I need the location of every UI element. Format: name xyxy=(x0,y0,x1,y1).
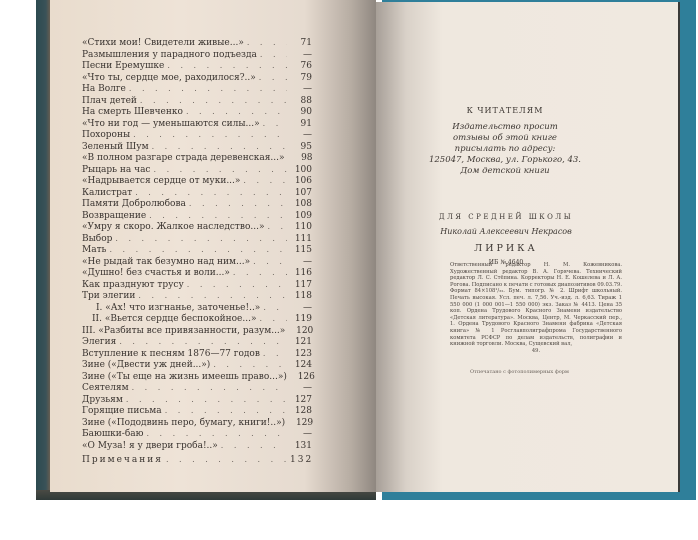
toc-entry-title: Элегия xyxy=(82,337,116,349)
leader-dots xyxy=(187,279,287,291)
toc-entry-page: — xyxy=(290,429,312,441)
leader-dots xyxy=(263,302,287,314)
toc-entry: Зине («Пододвинь перо, бумагу, книги!..»… xyxy=(82,417,312,429)
toc-entry: «Стихи мои! Свидетели живые...»71 xyxy=(82,37,312,49)
leader-dots xyxy=(140,95,287,107)
leader-dots xyxy=(135,187,287,199)
readers-line: Дом детской книги xyxy=(400,166,610,177)
toc-entry-title: Мать xyxy=(82,245,106,257)
leader-dots xyxy=(260,49,287,61)
toc-entry-page: 118 xyxy=(290,291,312,303)
toc-entry: Рыцарь на час100 xyxy=(82,164,312,176)
toc-entry-page: 107 xyxy=(290,188,312,200)
leader-dots xyxy=(186,106,287,118)
toc-entry: Размышления у парадного подъезда— xyxy=(82,49,312,61)
toc-entry-title: Песни Еремушке xyxy=(82,61,164,73)
toc-entry-page: — xyxy=(290,303,312,315)
toc-entry-page: 131 xyxy=(290,441,312,453)
toc-entry: «Надрывается сердце от муки...»106 xyxy=(82,175,312,187)
toc-entry-page: 132 xyxy=(290,455,312,467)
leader-dots xyxy=(259,72,287,84)
toc-entry-page: — xyxy=(290,383,312,395)
leader-dots xyxy=(126,394,287,406)
leader-dots xyxy=(152,141,287,153)
imprint-block: ДЛЯ СРЕДНЕЙ ШКОЛЫ Николай Алексеевич Нек… xyxy=(406,213,606,266)
toc-entry: Зине («Двести уж дней...»)124 xyxy=(82,359,312,371)
toc-entry: Калистрат107 xyxy=(82,187,312,199)
toc-entry-page: 115 xyxy=(290,245,312,257)
toc-entry-title: Рыцарь на час xyxy=(82,165,150,177)
toc-entry: «В полном разгаре страда деревенская...»… xyxy=(82,152,312,164)
leader-dots xyxy=(233,267,287,279)
readers-line: присылать по адресу: xyxy=(400,144,610,155)
toc-entry-title: Зеленый Шум xyxy=(82,142,149,154)
toc-entry-page: 116 xyxy=(290,268,312,280)
leader-dots xyxy=(166,454,287,466)
leader-dots xyxy=(153,164,287,176)
toc-entry-page: 79 xyxy=(290,73,312,85)
leader-dots xyxy=(109,244,287,256)
series-label: ДЛЯ СРЕДНЕЙ ШКОЛЫ xyxy=(406,213,606,221)
toc-entry-page: — xyxy=(290,130,312,142)
toc-entry: Друзьям127 xyxy=(82,394,312,406)
toc-entry-page: 111 xyxy=(290,234,312,246)
leader-dots xyxy=(149,210,287,222)
leader-dots xyxy=(267,221,287,233)
toc-entry-page: 98 xyxy=(291,153,313,165)
author-name: Николай Алексеевич Некрасов xyxy=(406,227,606,236)
toc-entry-title: I. «Ах! что изгнанье, заточенье!..» xyxy=(82,303,260,315)
toc-entry-title: «Стихи мои! Свидетели живые...» xyxy=(82,38,244,50)
toc-entry-page: — xyxy=(290,84,312,96)
avito-logo-icon xyxy=(594,502,620,526)
toc-entry-title: «Не рыдай так безумно над ним...» xyxy=(82,257,250,269)
printing-note: Отпечатано с фотополимерных форм xyxy=(470,369,569,375)
toc-entry: «О Муза! я у двери гроба!..»131 xyxy=(82,440,312,452)
toc-entry: III. «Разбиты все привязанности, разум..… xyxy=(82,325,312,337)
readers-line: отзывы об этой книге xyxy=(400,133,610,144)
toc-entry-page: 90 xyxy=(290,107,312,119)
leader-dots xyxy=(243,175,287,187)
toc-entry-title: Примечания xyxy=(82,455,163,467)
toc-entry-page: 110 xyxy=(290,222,312,234)
toc-entry: Баюшки-баю— xyxy=(82,428,312,440)
toc-entry-page: 128 xyxy=(290,406,312,418)
toc-entry: Примечания132 xyxy=(82,454,312,466)
credits-end: 49. xyxy=(450,348,622,355)
leader-dots xyxy=(253,256,287,268)
credits-text: Ответственный редактор Н. М. Кожевникова… xyxy=(450,262,622,348)
toc-entry: Похороны— xyxy=(82,129,312,141)
leader-dots xyxy=(247,37,287,49)
leader-dots xyxy=(129,83,287,95)
leader-dots xyxy=(263,348,287,360)
leader-dots xyxy=(221,440,287,452)
toc-entry-title: «О Муза! я у двери гроба!..» xyxy=(82,441,218,453)
toc-entry-page: 71 xyxy=(290,38,312,50)
toc-entry-title: Три элегии xyxy=(82,291,135,303)
toc-entry: «Душно! без счастья и воли...»116 xyxy=(82,267,312,279)
toc-entry: На смерть Шевченко90 xyxy=(82,106,312,118)
toc-entry-page: 88 xyxy=(290,96,312,108)
table-of-contents: «Стихи мои! Свидетели живые...»71Размышл… xyxy=(82,37,312,466)
toc-entry: Как празднуют трусу117 xyxy=(82,279,312,291)
toc-entry: Зеленый Шум95 xyxy=(82,141,312,153)
toc-entry: Мать115 xyxy=(82,244,312,256)
toc-entry: Зине («Ты еще на жизнь имеешь право...»)… xyxy=(82,371,312,383)
leader-dots xyxy=(119,336,287,348)
leader-dots xyxy=(146,428,287,440)
toc-entry-title: На смерть Шевченко xyxy=(82,107,183,119)
toc-entry-title: На Волге xyxy=(82,84,126,96)
readers-line: Издательство просит xyxy=(400,122,610,133)
toc-entry: Горящие письма128 xyxy=(82,405,312,417)
publishing-credits: Ответственный редактор Н. М. Кожевникова… xyxy=(450,262,622,354)
leader-dots xyxy=(132,382,287,394)
toc-entry-page: — xyxy=(290,257,312,269)
toc-entry-title: Горящие письма xyxy=(82,406,162,418)
leader-dots xyxy=(133,129,287,141)
toc-entry: Три элегии118 xyxy=(82,290,312,302)
toc-entry: На Волге— xyxy=(82,83,312,95)
leader-dots xyxy=(165,405,287,417)
leader-dots xyxy=(263,118,287,130)
toc-entry-page: 124 xyxy=(290,360,312,372)
toc-entry-page: 119 xyxy=(290,314,312,326)
toc-entry: «Умру я скоро. Жалкое наследство...»110 xyxy=(82,221,312,233)
toc-entry: Выбор111 xyxy=(82,233,312,245)
toc-entry-title: Похороны xyxy=(82,130,130,142)
toc-entry-page: 126 xyxy=(293,372,315,384)
leader-dots xyxy=(189,198,287,210)
leader-dots xyxy=(115,233,287,245)
toc-entry: Сеятелям— xyxy=(82,382,312,394)
toc-entry-title: Зине («Двести уж дней...») xyxy=(82,360,210,372)
toc-entry-page: 106 xyxy=(290,176,312,188)
toc-entry-title: Сеятелям xyxy=(82,383,129,395)
avito-watermark: Avito xyxy=(594,500,694,528)
toc-entry-title: Калистрат xyxy=(82,188,132,200)
toc-entry-page: 108 xyxy=(290,199,312,211)
toc-entry-title: Плач детей xyxy=(82,96,137,108)
to-readers-notice: К ЧИТАТЕЛЯМ Издательство просит отзывы о… xyxy=(400,105,610,177)
toc-entry-page: 120 xyxy=(291,326,313,338)
toc-entry-page: 109 xyxy=(290,211,312,223)
toc-entry: Возвращение109 xyxy=(82,210,312,222)
leader-dots xyxy=(213,359,287,371)
toc-entry: «Не рыдай так безумно над ним...»— xyxy=(82,256,312,268)
toc-entry: «Что ты, сердце мое, раходилося?..»79 xyxy=(82,72,312,84)
toc-entry-page: 129 xyxy=(291,418,313,430)
toc-entry-title: Возвращение xyxy=(82,211,146,223)
leader-dots xyxy=(138,290,287,302)
readers-heading: К ЧИТАТЕЛЯМ xyxy=(400,105,610,116)
toc-entry: I. «Ах! что изгнанье, заточенье!..»— xyxy=(82,302,312,314)
toc-entry-page: 117 xyxy=(290,280,312,292)
toc-entry-title: II. «Вьется сердце беспокойное...» xyxy=(82,314,256,326)
toc-entry-page: 76 xyxy=(290,61,312,73)
toc-entry: Песни Еремушке76 xyxy=(82,60,312,72)
toc-entry-title: Друзьям xyxy=(82,395,123,407)
toc-entry: Памяти Добролюбова108 xyxy=(82,198,312,210)
avito-wordmark: Avito xyxy=(624,500,694,528)
toc-entry-page: 121 xyxy=(290,337,312,349)
toc-entry: II. «Вьется сердце беспокойное...»119 xyxy=(82,313,312,325)
toc-entry-page: — xyxy=(290,50,312,62)
toc-entry: «Что ни год — уменьшаются силы...»91 xyxy=(82,118,312,130)
toc-entry-title: Баюшки-баю xyxy=(82,429,143,441)
toc-entry: Вступление к песням 1876—77 годов123 xyxy=(82,348,312,360)
toc-entry-page: 95 xyxy=(290,142,312,154)
book-title: ЛИРИКА xyxy=(406,243,606,254)
readers-line: 125047, Москва, ул. Горького, 43. xyxy=(400,155,610,166)
toc-entry-page: 100 xyxy=(290,165,312,177)
toc-entry: Плач детей88 xyxy=(82,95,312,107)
toc-entry-page: 127 xyxy=(290,395,312,407)
toc-entry: Элегия121 xyxy=(82,336,312,348)
leader-dots xyxy=(259,313,287,325)
toc-entry-page: 123 xyxy=(290,349,312,361)
toc-entry-page: 91 xyxy=(290,119,312,131)
leader-dots xyxy=(167,60,287,72)
toc-entry-title: Выбор xyxy=(82,234,112,246)
